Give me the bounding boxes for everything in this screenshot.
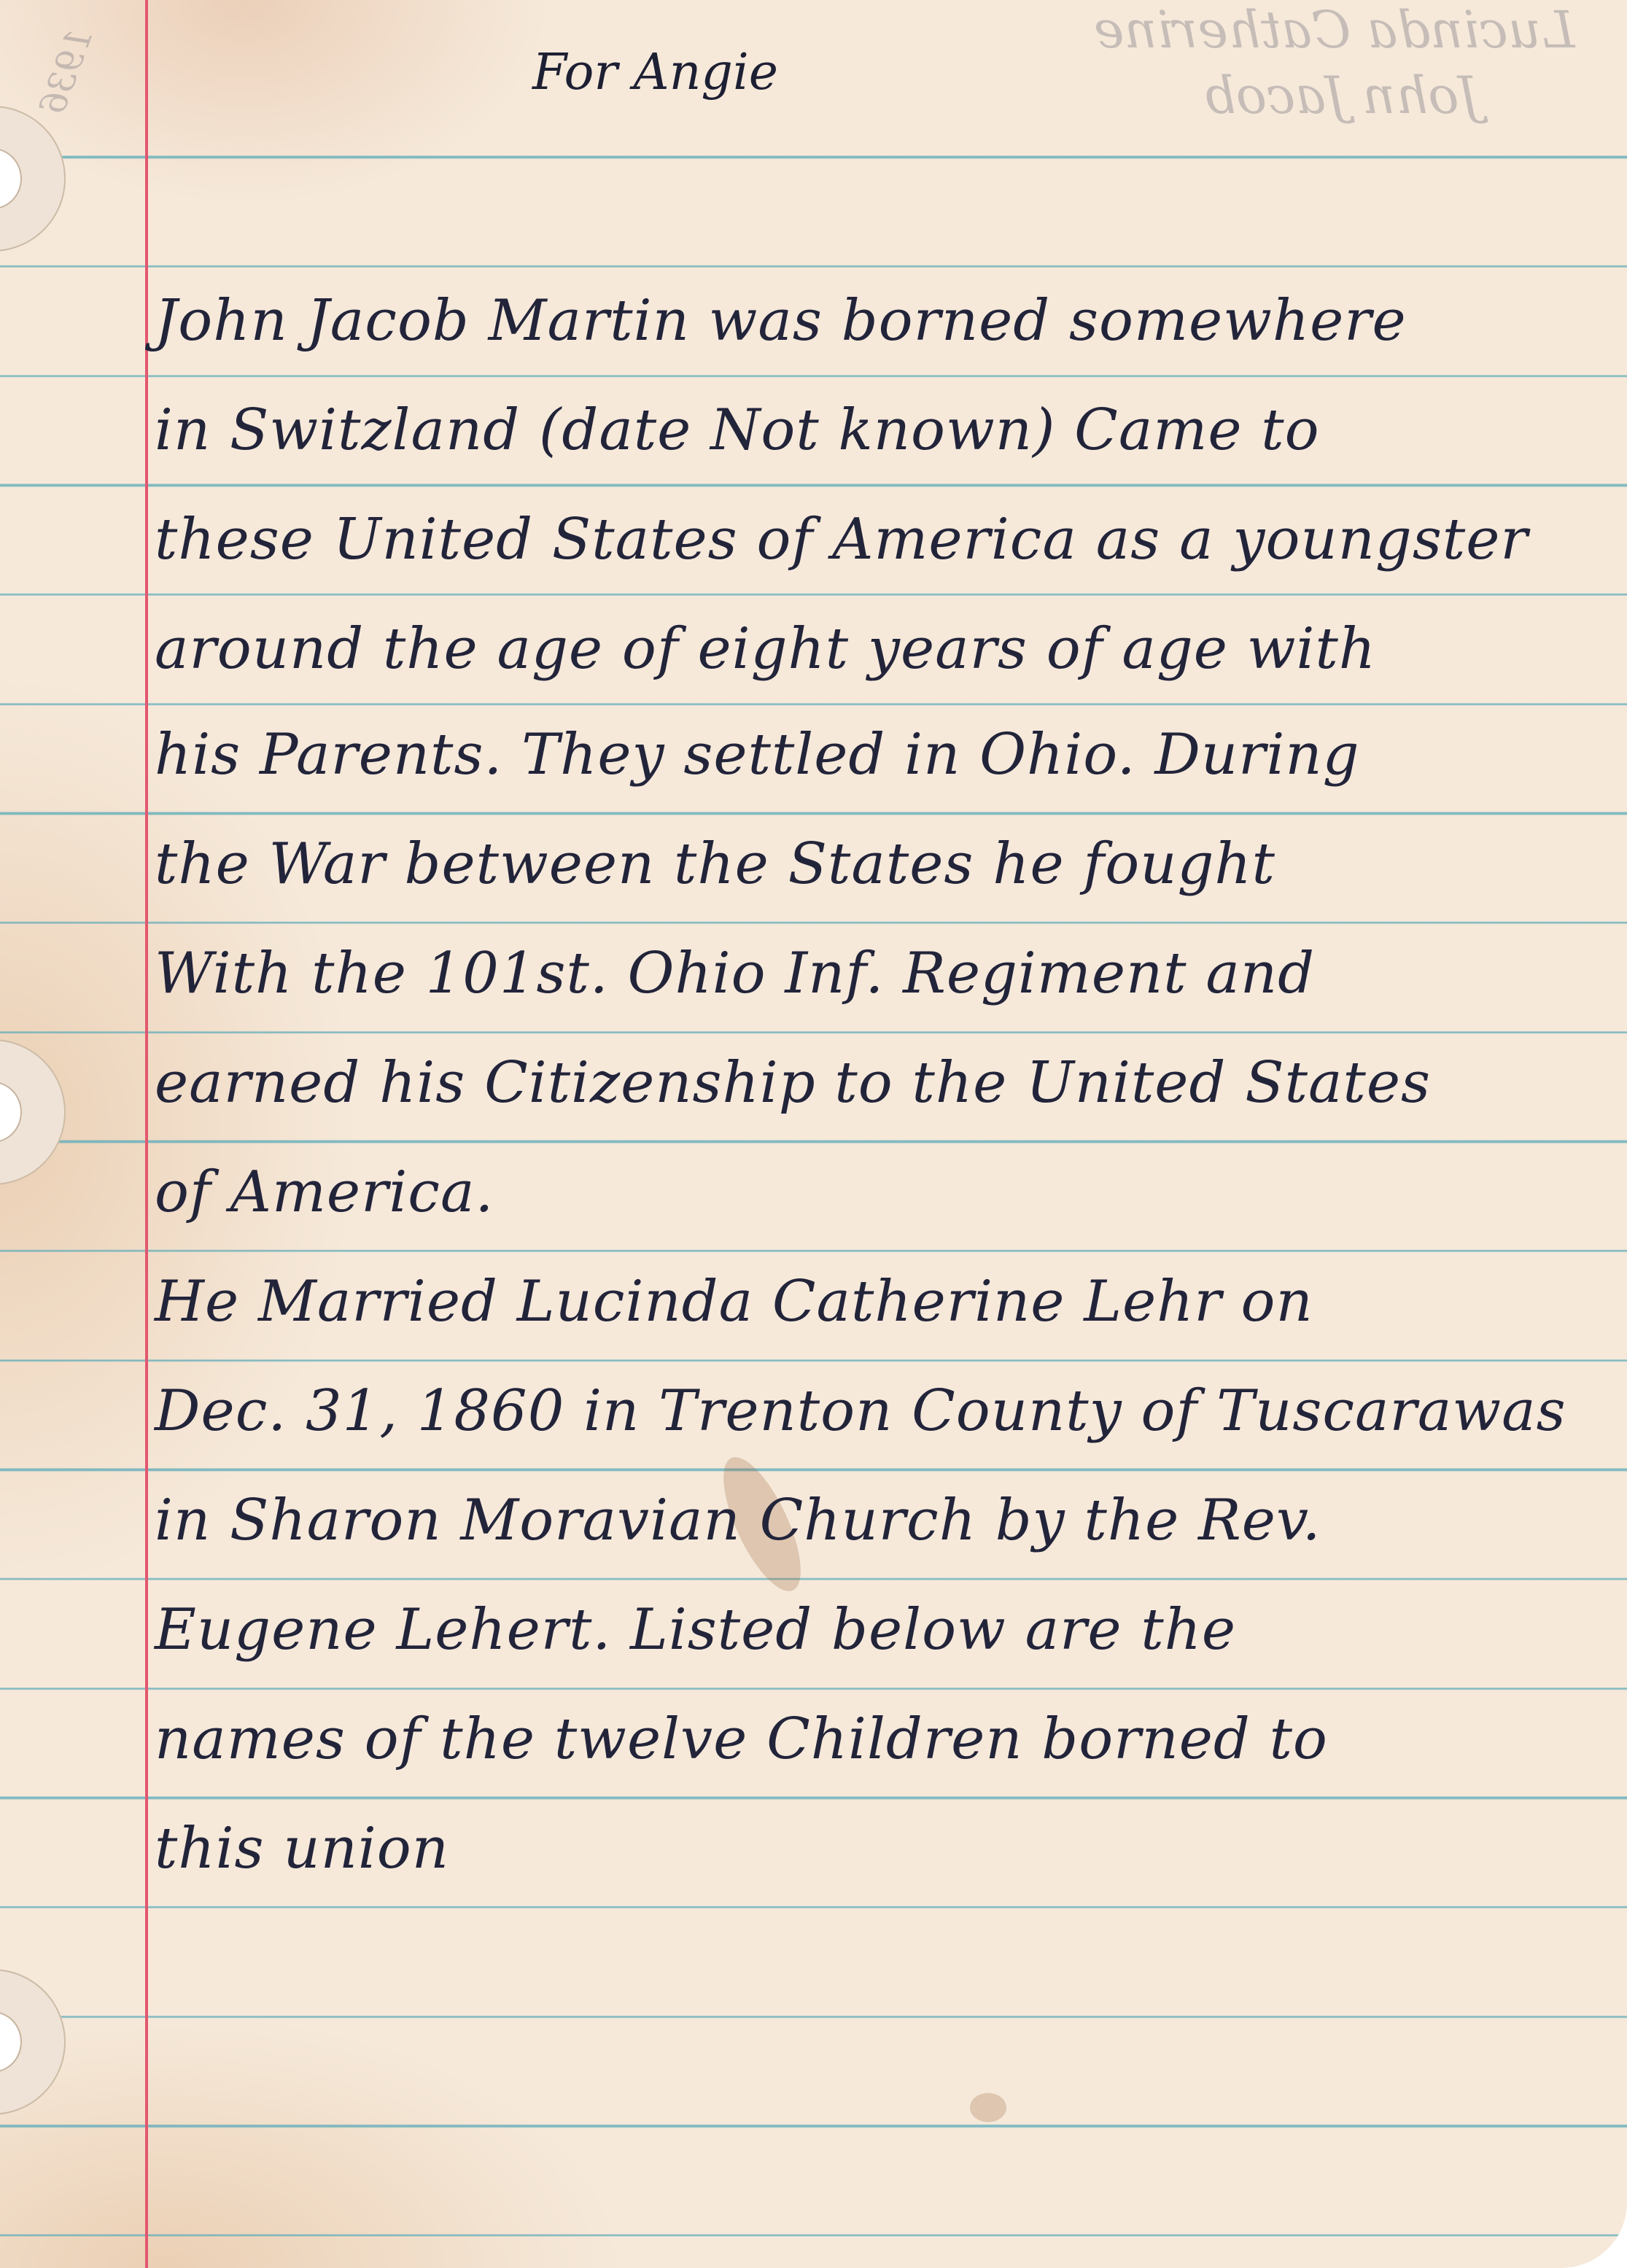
paragraph-line: With the 101st. Ohio Inf. Regiment and bbox=[155, 941, 1315, 1006]
paragraph-line: these United States of America as a youn… bbox=[155, 507, 1529, 572]
notebook-page: Lucinda Catherine John Jacob 1936 For An… bbox=[0, 0, 1627, 2268]
paragraph-line: in Sharon Moravian Church by the Rev. bbox=[155, 1488, 1321, 1553]
paragraph-line: this union bbox=[155, 1816, 449, 1881]
paragraph-line: earned his Citizenship to the United Sta… bbox=[155, 1050, 1431, 1116]
paragraph-line: John Jacob Martin was borned somewhere bbox=[155, 288, 1407, 354]
paragraph-line: in Switzland (date Not known) Came to bbox=[155, 397, 1320, 463]
page-title: For Angie bbox=[532, 44, 778, 101]
paragraph-line: Eugene Lehert. Listed below are the bbox=[155, 1597, 1236, 1663]
bleed-through-text: John Jacob bbox=[1203, 66, 1480, 125]
stain bbox=[970, 2093, 1006, 2122]
bleed-through-text: Lucinda Catherine bbox=[1094, 0, 1574, 60]
paragraph-line: names of the twelve Children borned to bbox=[155, 1706, 1328, 1772]
paragraph-line: Dec. 31, 1860 in Trenton County of Tusca… bbox=[155, 1378, 1566, 1444]
margin-line bbox=[145, 0, 148, 2268]
paragraph-line: He Married Lucinda Catherine Lehr on bbox=[155, 1269, 1313, 1335]
paragraph-line: around the age of eight years of age wit… bbox=[155, 616, 1376, 682]
paragraph-line: the War between the States he fought bbox=[155, 831, 1275, 897]
paragraph-line: of America. bbox=[155, 1160, 494, 1225]
paragraph-line: his Parents. They settled in Ohio. Durin… bbox=[155, 722, 1360, 788]
